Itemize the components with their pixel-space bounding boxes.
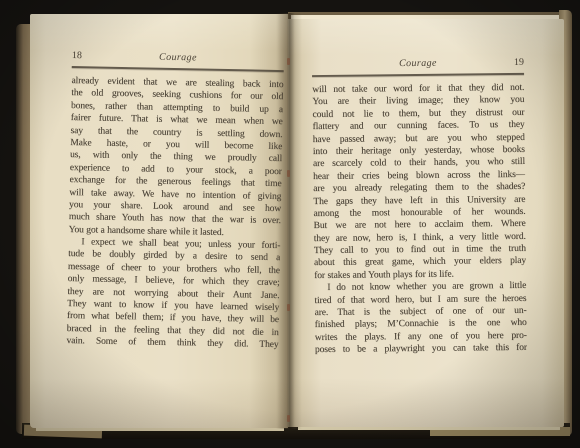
text-line: poses to be a playwright you can take th… (315, 342, 527, 357)
text-line: vain. Some of them think they did. They (66, 335, 278, 351)
right-page-body: will not take our word for it that they … (312, 82, 527, 357)
book-page-left: 18 Courage already evident that we are s… (30, 14, 288, 428)
binding-stitch (287, 170, 290, 177)
binding-stitch (287, 58, 290, 65)
left-page-body: already evident that we are stealing bac… (66, 75, 283, 352)
binding-stitch (287, 304, 290, 311)
running-header-left: Courage (94, 50, 262, 64)
binding-stitch (287, 415, 290, 422)
page-number-right: 19 (502, 57, 524, 68)
page-header-left: 18 Courage (72, 50, 284, 66)
book-photo: 18 Courage already evident that we are s… (0, 0, 580, 448)
page-right-content: Courage 19 will not take our word for it… (288, 19, 527, 357)
header-rule-right (312, 73, 524, 77)
page-header-right: Courage 19 (312, 57, 524, 71)
text-line: about this great game, which your elders… (314, 255, 526, 270)
running-header-right: Courage (334, 57, 502, 70)
page-number-left: 18 (72, 50, 94, 61)
header-rule-left (72, 66, 284, 72)
page-left-content: 18 Courage already evident that we are s… (30, 14, 285, 352)
book-page-right: Courage 19 will not take our word for it… (288, 19, 564, 427)
